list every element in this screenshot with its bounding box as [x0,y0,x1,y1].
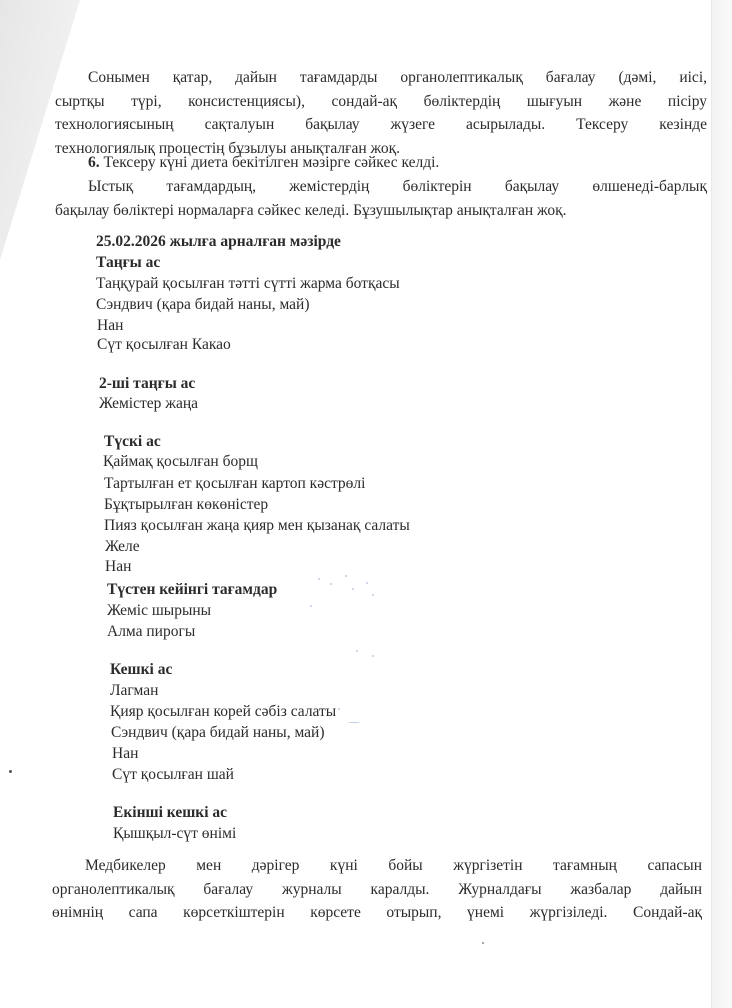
menu-item: Қаймақ қосылған борщ [103,452,258,472]
menu-item: Алма пирогы [107,622,195,642]
paragraph-line: технологиясының сақталуын бақылау жүзеге… [55,113,707,137]
menu-item: Лагман [110,681,158,701]
menu-item: Желе [105,537,140,557]
menu-item: Нан [97,316,123,336]
stamp-ink-mark [338,708,340,710]
menu-item: Нан [105,557,131,577]
paragraph-line: Медбикелер мен дәрігер күні бойы жүргізе… [52,854,702,878]
menu-section-heading: Екінші кешкі ас [113,803,227,823]
section-6-text: Тексеру күні диета бекітілген мәзірге сә… [104,154,440,171]
menu-item: Жемістер жаңа [99,394,198,414]
stamp-ink-mark [348,722,360,723]
scan-speck [9,770,12,773]
stamp-ink-mark [352,588,354,590]
menu-item: Жеміс шырыны [107,601,211,621]
menu-item: Сэндвич (қара бидай наны, май) [96,295,310,315]
paragraph-line: сыртқы түрі, консистенциясы), сондай-ақ … [55,90,707,114]
menu-item: Сэндвич (қара бидай наны, май) [111,723,325,743]
menu-item: Пияз қосылған жаңа қияр мен қызанақ сала… [104,516,410,536]
menu-item: Қияр қосылған корей сәбіз салаты [110,702,336,722]
menu-section-heading: Түскі ас [104,432,161,452]
menu-title: 25.02.2026 жылға арналған мәзірде [96,232,341,252]
stamp-ink-mark [330,583,332,585]
stamp-ink-mark [310,605,312,607]
menu-item: Бұқтырылған көкөністер [104,495,268,515]
paragraph-line: өнімнің сапа көрсеткіштерін көрсете отыр… [52,901,702,925]
paragraph-line: Сонымен қатар, дайын тағамдарды органоле… [55,66,707,90]
paragraph-line: бақылау бөліктері нормаларға сәйкес келе… [55,199,707,223]
stamp-ink-mark [318,578,320,580]
paragraph-portions: Ыстық тағамдардың, жемістердің бөліктері… [55,175,707,222]
section-number: 6. [88,154,100,171]
paragraph-line: органолептикалық бағалау журналы каралды… [52,878,702,902]
menu-item: Таңқурай қосылған тәтті сүтті жарма ботқ… [96,274,400,294]
stamp-ink-mark [372,655,374,657]
menu-section-heading: Таңғы ас [96,253,160,273]
menu-item: Сүт қосылған Какао [97,335,231,355]
scanned-page: Сонымен қатар, дайын тағамдарды органоле… [0,0,732,1008]
stamp-ink-mark [372,594,374,596]
stamp-ink-mark [345,575,347,577]
scan-speck [482,942,484,944]
menu-item: Қышқыл-сүт өнімі [113,824,236,844]
menu-item: Тартылған ет қосылған картоп кәстрөлі [104,474,365,494]
menu-item: Нан [112,744,138,764]
menu-section-heading: Түстен кейінгі тағамдар [107,580,277,600]
paragraph-journal: Медбикелер мен дәрігер күні бойы жүргізе… [52,854,702,925]
menu-item: Сүт қосылған шай [112,765,234,785]
stamp-ink-mark [366,582,368,584]
menu-section-heading: Кешкі ас [110,660,172,680]
paragraph-organoleptic: Сонымен қатар, дайын тағамдарды органоле… [55,66,707,160]
paragraph-line: Ыстық тағамдардың, жемістердің бөліктері… [55,175,707,199]
section-6-line: 6. Тексеру күні диета бекітілген мәзірге… [88,153,439,173]
scan-edge-band [711,0,732,1008]
stamp-ink-mark [356,650,358,652]
menu-section-heading: 2-ші таңғы ас [99,374,195,394]
